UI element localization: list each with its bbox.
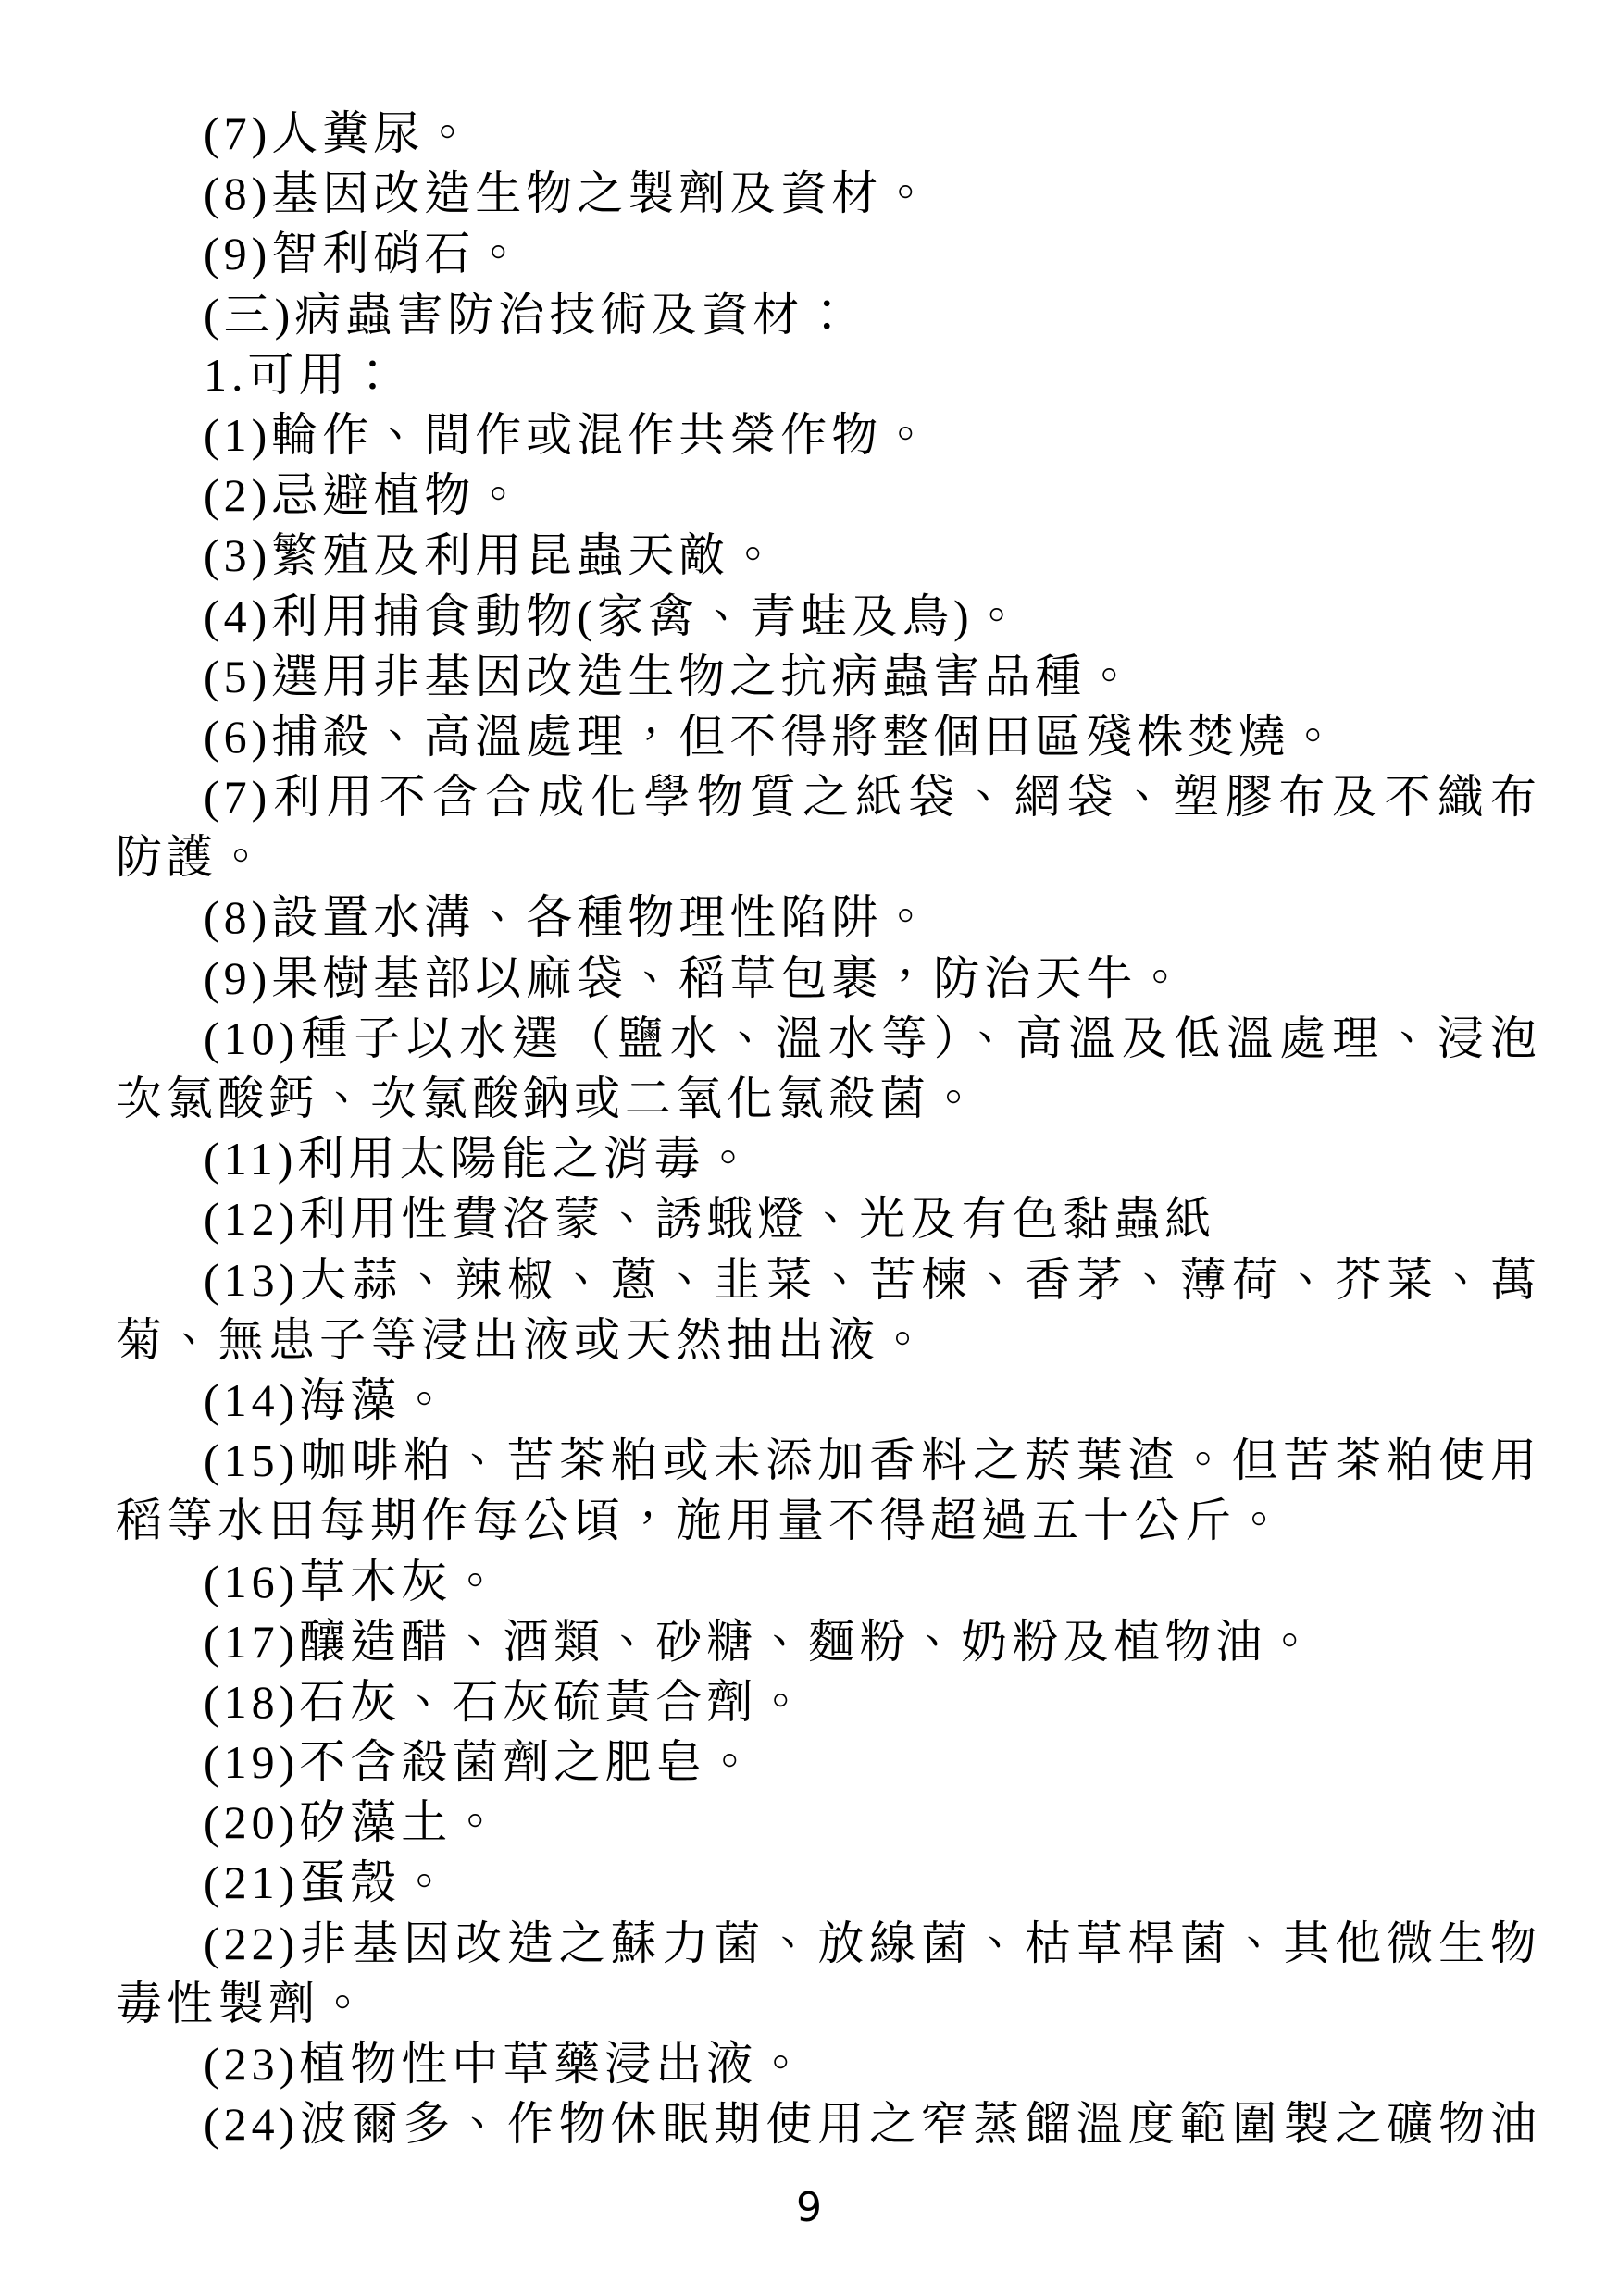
document-body: (7)人糞尿。(8)基因改造生物之製劑及資材。(9)智利硝石。(三)病蟲害防治技… bbox=[116, 104, 1541, 2154]
text-line: (24)波爾多、作物休眠期使用之窄蒸餾溫度範圍製之礦物油及亞 bbox=[116, 2094, 1541, 2154]
page-number: 9 bbox=[0, 2186, 1618, 2230]
text-line: (7)人糞尿。 bbox=[116, 104, 1541, 164]
text-line: (9)果樹基部以麻袋、稻草包裹，防治天牛。 bbox=[116, 949, 1541, 1009]
document-page: (7)人糞尿。(8)基因改造生物之製劑及資材。(9)智利硝石。(三)病蟲害防治技… bbox=[0, 0, 1618, 2296]
text-line: (6)捕殺、高溫處理，但不得將整個田區殘株焚燒。 bbox=[116, 707, 1541, 767]
text-line: (16)草木灰。 bbox=[116, 1552, 1541, 1612]
text-line: (12)利用性費洛蒙、誘蛾燈、光及有色黏蟲紙 bbox=[116, 1189, 1541, 1249]
text-line: (1)輪作、間作或混作共榮作物。 bbox=[116, 405, 1541, 465]
text-line: (3)繁殖及利用昆蟲天敵。 bbox=[116, 526, 1541, 586]
text-line: (17)釀造醋、酒類、砂糖、麵粉、奶粉及植物油。 bbox=[116, 1612, 1541, 1672]
text-line: (8)設置水溝、各種物理性陷阱。 bbox=[116, 887, 1541, 948]
text-line: (2)忌避植物。 bbox=[116, 465, 1541, 526]
text-line: (三)病蟲害防治技術及資材： bbox=[116, 285, 1541, 345]
text-line: (14)海藻。 bbox=[116, 1371, 1541, 1431]
text-line: (15)咖啡粕、苦茶粕或未添加香料之菸葉渣。但苦茶粕使用於水 bbox=[116, 1431, 1541, 1491]
text-line: (5)選用非基因改造生物之抗病蟲害品種。 bbox=[116, 647, 1541, 707]
text-line: (11)利用太陽能之消毒。 bbox=[116, 1129, 1541, 1189]
text-line: (18)石灰、石灰硫黃合劑。 bbox=[116, 1672, 1541, 1732]
text-line: (8)基因改造生物之製劑及資材。 bbox=[116, 164, 1541, 224]
text-line: 毒性製劑。 bbox=[116, 1974, 1541, 2034]
text-line: 1.可用： bbox=[116, 345, 1541, 405]
text-line: (9)智利硝石。 bbox=[116, 224, 1541, 284]
text-line: (23)植物性中草藥浸出液。 bbox=[116, 2034, 1541, 2094]
text-line: (13)大蒜、辣椒、蔥、韭菜、苦楝、香茅、薄荷、芥菜、萬壽 bbox=[116, 1250, 1541, 1310]
text-line: 稻等水田每期作每公頃，施用量不得超過五十公斤。 bbox=[116, 1491, 1541, 1551]
text-line: (4)利用捕食動物(家禽、青蛙及鳥)。 bbox=[116, 587, 1541, 647]
text-line: 次氯酸鈣、次氯酸鈉或二氧化氯殺菌。 bbox=[116, 1069, 1541, 1129]
text-line: 防護。 bbox=[116, 827, 1541, 887]
text-line: (10)種子以水選（鹽水、溫水等）、高溫及低溫處理、浸泡醋、 bbox=[116, 1009, 1541, 1069]
text-line: (20)矽藻土。 bbox=[116, 1793, 1541, 1853]
text-line: (19)不含殺菌劑之肥皂。 bbox=[116, 1732, 1541, 1793]
text-line: (7)利用不含合成化學物質之紙袋、網袋、塑膠布及不織布袋等 bbox=[116, 767, 1541, 827]
text-line: (21)蛋殼。 bbox=[116, 1853, 1541, 1913]
text-line: (22)非基因改造之蘇力菌、放線菌、枯草桿菌、其他微生物及病 bbox=[116, 1914, 1541, 1974]
text-line: 菊、無患子等浸出液或天然抽出液。 bbox=[116, 1310, 1541, 1371]
